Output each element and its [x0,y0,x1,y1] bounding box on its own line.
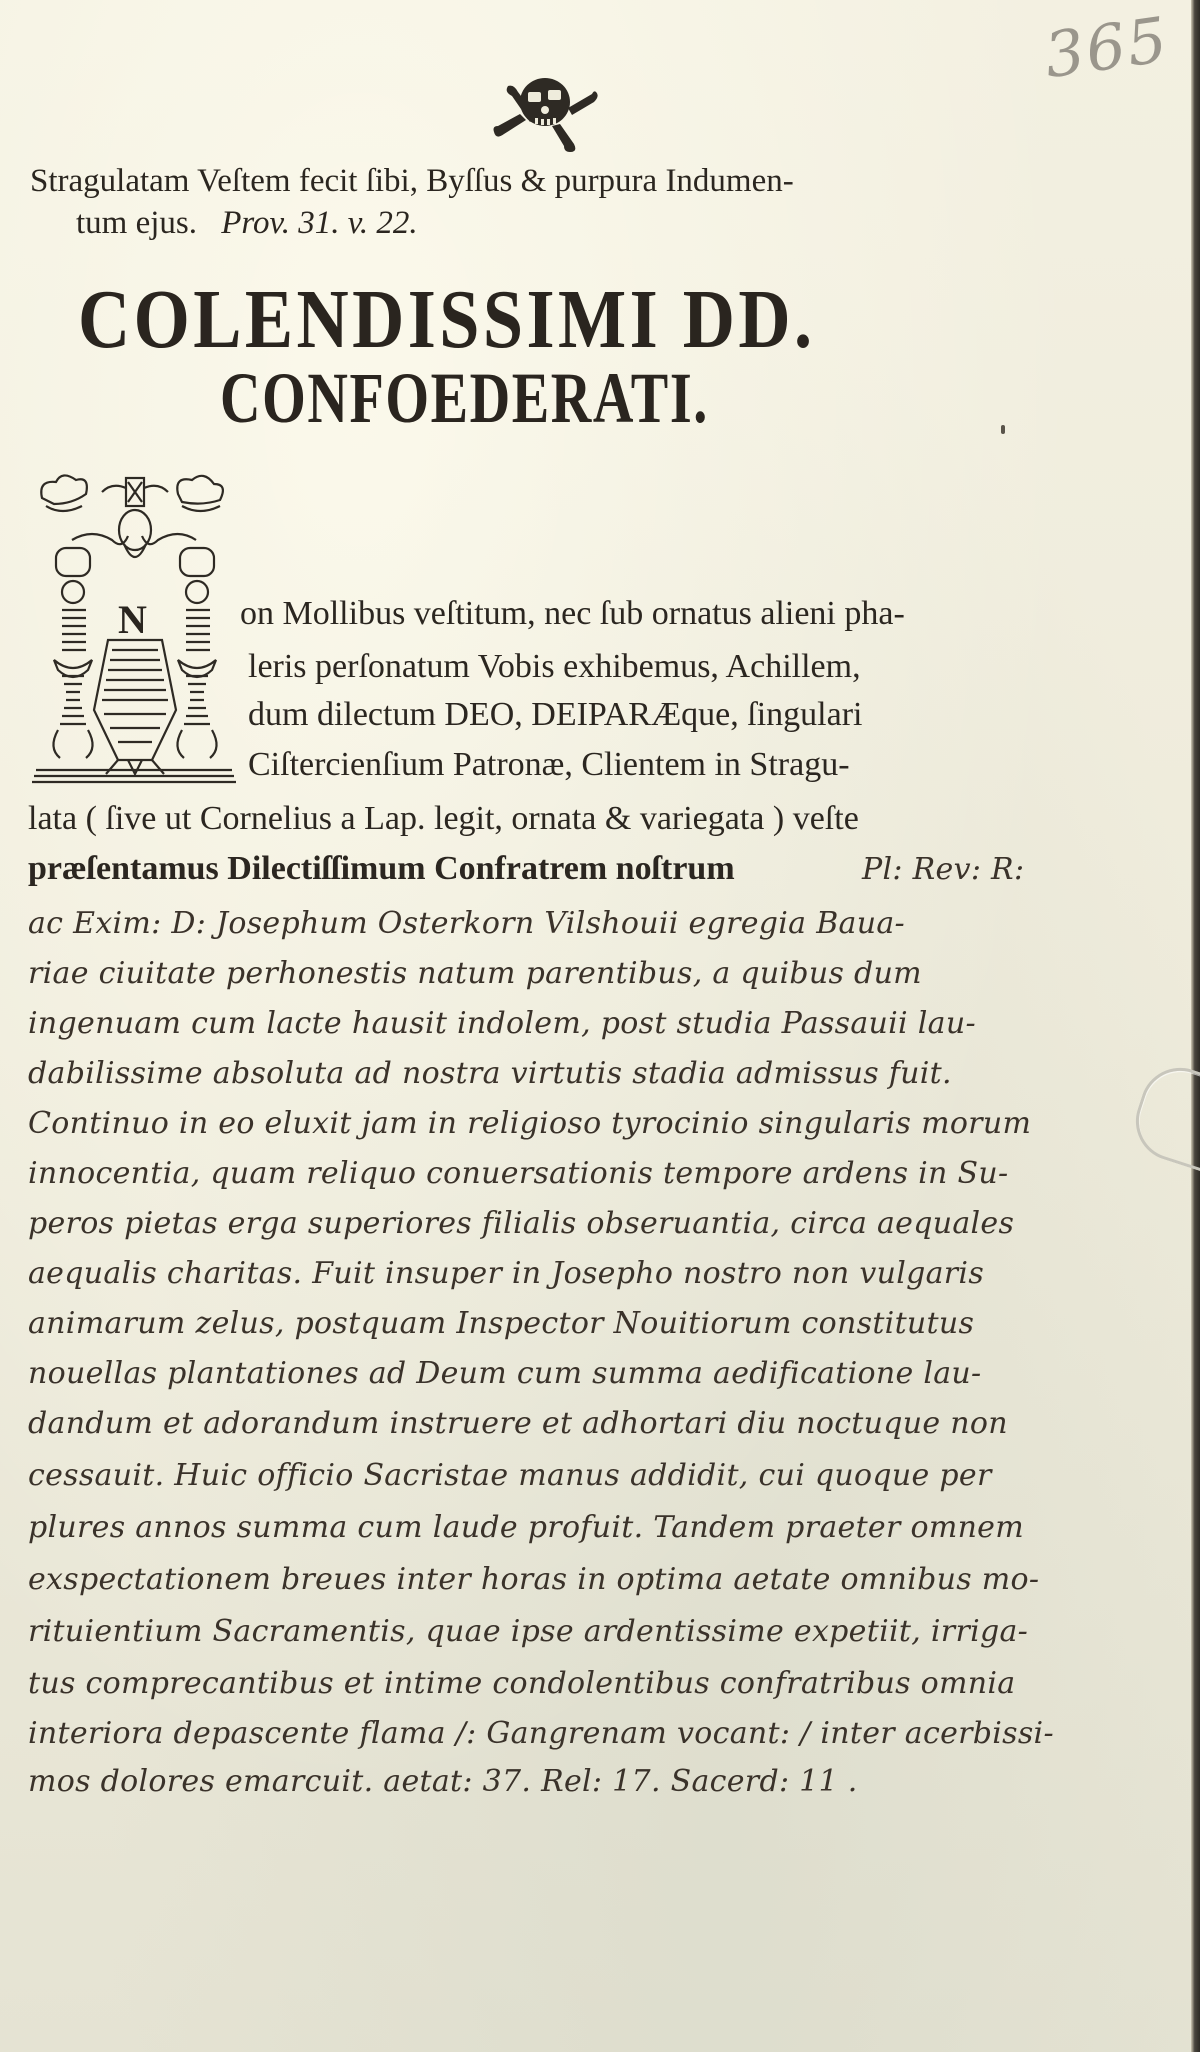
handwritten-line-7: peros pietas erga superiores filialis ob… [28,1206,1014,1241]
page-edge [1191,0,1200,2052]
handwritten-line-3: ingenuam cum lacte hausit indolem, post … [28,1006,976,1041]
scripture-reference: Prov. 31. v. 22. [221,205,417,241]
epigraph-line-2-wrap: tum ejus. Prov. 31. v. 22. [30,202,1090,244]
folio-number: 365 [1040,3,1173,93]
printed-line-3: dum dilectum DEO, DEIPARÆque, ſingulari [248,696,862,734]
handwritten-line-4: dabilissime absoluta ad nostra virtutis … [28,1056,952,1091]
ink-mark [1001,425,1005,434]
handwritten-line-13: plures annos summa cum laude profuit. Ta… [28,1510,1024,1545]
handwritten-line-6: innocentia, quam reliquo conuersationis … [28,1156,1008,1191]
handwritten-line-16: tus comprecantibus et intime condolentib… [28,1666,1015,1701]
handwritten-line-18: mos dolores emarcuit. aetat: 37. Rel: 17… [28,1764,858,1799]
page-subtitle: CONFOEDERATI. [220,362,766,434]
handwritten-line-11: dandum et adorandum instruere et adhorta… [28,1406,1008,1441]
handwritten-line-5: Continuo in eo eluxit jam in religioso t… [28,1106,1031,1141]
drop-cap-letter: N [118,596,147,643]
handwritten-line-2: riae ciuitate perhonestis natum parentib… [28,956,922,991]
printed-line-6: præſentamus Dilectiſſimum Confratrem noſ… [28,850,735,888]
handwritten-line-8: aequalis charitas. Fuit insuper in Josep… [28,1256,984,1291]
handwritten-line-17: interiora depascente flama /: Gangrenam … [28,1716,1054,1751]
page-title: COLENDISSIMI DD. [78,278,938,362]
handwritten-line-15: rituientium Sacramentis, quae ipse arden… [28,1614,1028,1649]
handwritten-inline-title: Pl: Rev: R: [862,852,1024,887]
printed-line-1: on Mollibus veſtitum, nec ſub ornatus al… [240,595,905,633]
epigraph-line-2: tum ejus. [76,205,197,241]
handwritten-line-1: ac Exim: D: Josephum Osterkorn Vilshouii… [28,906,905,941]
handwritten-line-9: animarum zelus, postquam Inspector Nouit… [28,1306,974,1341]
printed-line-4: Ciſtercienſium Patronæ, Clientem in Stra… [248,746,850,784]
epigraph: Stragulatam Veſtem fecit ſibi, Byſſus & … [30,160,1090,244]
handwritten-line-14: exspectationem breues inter horas in opt… [28,1562,1039,1597]
printed-line-2: leris perſonatum Vobis exhibemus, Achill… [248,648,861,686]
handwritten-line-10: nouellas plantationes ad Deum cum summa … [28,1356,982,1391]
handwritten-line-12: cessauit. Huic officio Sacristae manus a… [28,1458,992,1493]
printed-line-5: lata ( ſive ut Cornelius a Lap. legit, o… [28,800,859,838]
paperclip-icon [1126,1057,1200,1172]
epigraph-line-1: Stragulatam Veſtem fecit ſibi, Byſſus & … [30,163,794,199]
skull-and-crossbones-icon [490,68,600,153]
